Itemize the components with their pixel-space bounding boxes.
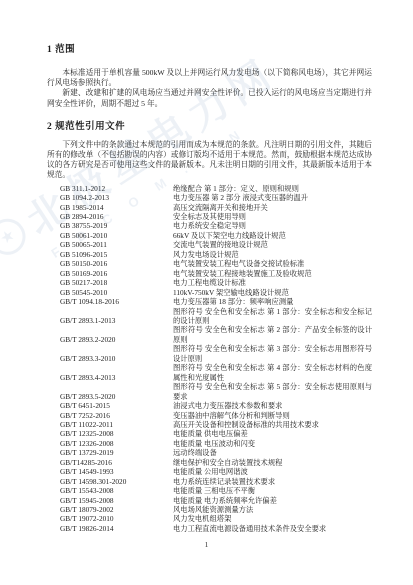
reference-code: GB/T 2893.4-2013 [60,373,173,382]
reference-row: GB 1094.2-2013 电力变压器 第 2 部分 液浸式变压器的温升 [47,193,372,202]
reference-title: 图形符号 安全色和安全标志 第 2 部分：产品安全标签的设计原则 [173,325,372,344]
reference-row: GB 50545-2010 110kV-750kV 架空输电线路设计规范 [47,288,372,297]
reference-code: GB/T 15543-2008 [60,486,173,495]
reference-row: GB/T 19072-2010 风力发电机组塔架 [47,514,372,523]
reference-title: 交流电气装置的接地设计规范 [173,240,372,249]
reference-row: GB/T 11022-2011 高压开关设备和控制设备标准的共用技术要求 [47,420,372,429]
reference-title: 风力发电机组塔架 [173,514,372,523]
reference-code: GB/T 12326-2008 [60,439,173,448]
reference-title: 图形符号 安全色和安全标志 第 5 部分：安全标志使用原则与要求 [173,382,372,401]
reference-title: 电能质量 供电电压偏差 [173,429,372,438]
reference-title: 高压交流隔离开关和接地开关 [173,203,372,212]
reference-row: GB 1985-2014 高压交流隔离开关和接地开关 [47,203,372,212]
reference-title: 电力变压器第 18 部分：频率响应测量 [173,297,372,306]
reference-title: 高压开关设备和控制设备标准的共用技术要求 [173,420,372,429]
reference-title: 绝缘配合 第 1 部分：定义、原则和规则 [173,184,372,193]
reference-row: GB/T14285-2016 继电保护和安全自动装置技术规程 [47,458,372,467]
reference-code: GB/T 2893.5-2020 [60,392,173,401]
reference-title: 远动终端设备 [173,448,372,457]
reference-row: GB 38755-2019 电力系统安全稳定导则 [47,221,372,230]
scope-paragraph-1: 本标准适用于单机容量 500kW 及以上并网运行风力发电场（以下简称风电场），其… [47,68,372,88]
reference-code: GB/T 14549-1993 [60,467,173,476]
reference-row: GB/T 19826-2014 电力工程直流电源设备通用技术条件及安全要求 [47,524,372,533]
reference-code: GB/T 2893.2-2020 [60,335,173,344]
reference-code: GB 50061-2010 [60,231,173,240]
reference-code: GB/T 12325-2008 [60,429,173,438]
reference-code: GB 1094.2-2013 [60,193,173,202]
reference-title: 继电保护和安全自动装置技术规程 [173,458,372,467]
reference-code: GB/T 6451-2015 [60,401,173,410]
reference-title: 电力系统安全稳定导则 [173,221,372,230]
reference-title: 风电场风能资源测量方法 [173,505,372,514]
reference-row: GB/T 12326-2008 电能质量 电压波动和闪变 [47,439,372,448]
reference-code: GB/T 14598.301-2020 [60,477,173,486]
reference-code: GB/T 18079-2002 [60,505,173,514]
reference-title: 电能质量 电力系统频率允许偏差 [173,496,372,505]
reference-code: GB/T 2893.3-2010 [60,354,173,363]
reference-title: 油浸式电力变压器技术参数和要求 [173,401,372,410]
references-list: GB 311.1-2012 绝缘配合 第 1 部分：定义、原则和规则 GB 10… [47,184,372,534]
document-page: ★ 北极星电力网 F D C O M . C N 1 范围 本标准适用于单机容量… [0,0,413,585]
reference-row: GB 50150-2016 电气装置安装工程电气设备交接试验标准 [47,259,372,268]
reference-row: GB/T 2893.5-2020 图形符号 安全色和安全标志 第 5 部分：安全… [47,382,372,401]
reference-row: GB 51096-2015 风力发电场设计规范 [47,250,372,259]
section-2-heading: 2 规范性引用文件 [47,121,372,133]
section-1-heading: 1 范围 [47,44,372,56]
reference-code: GB 1985-2014 [60,203,173,212]
reference-title: 变压器油中溶解气体分析和判断导则 [173,411,372,420]
reference-row: GB 50065-2011 交流电气装置的接地设计规范 [47,240,372,249]
reference-row: GB/T 1094.18-2016 电力变压器第 18 部分：频率响应测量 [47,297,372,306]
reference-row: GB/T 15945-2008 电能质量 电力系统频率允许偏差 [47,496,372,505]
reference-title: 电气装置安装工程接地装置施工及验收规范 [173,269,372,278]
reference-code: GB 2894-2016 [60,212,173,221]
reference-code: GB/T14285-2016 [60,458,173,467]
reference-title: 电力变压器 第 2 部分 液浸式变压器的温升 [173,193,372,202]
reference-row: GB 50061-2010 66kV 及以下架空电力线路设计规范 [47,231,372,240]
reference-code: GB/T 19826-2014 [60,524,173,533]
reference-title: 电气装置安装工程电气设备交接试验标准 [173,259,372,268]
reference-code: GB 50150-2016 [60,259,173,268]
reference-row: GB/T 18079-2002 风电场风能资源测量方法 [47,505,372,514]
reference-title: 安全标志及其使用导则 [173,212,372,221]
reference-row: GB/T 12325-2008 电能质量 供电电压偏差 [47,429,372,438]
reference-title: 电力工程直流电源设备通用技术条件及安全要求 [173,524,372,533]
reference-title: 电能质量 三相电压不平衡 [173,486,372,495]
reference-code: GB/T 13729-2019 [60,448,173,457]
reference-title: 图形符号 安全色和安全标志 第 1 部分：安全标志和安全标记的设计原则 [173,307,372,326]
reference-row: GB/T 2893.2-2020 图形符号 安全色和安全标志 第 2 部分：产品… [47,325,372,344]
reference-row: GB/T 14598.301-2020 电力系统连续记录装置技术要求 [47,477,372,486]
star-logo-icon: ★ [0,211,32,261]
reference-code: GB/T 11022-2011 [60,420,173,429]
reference-row: GB/T 2893.3-2010 图形符号 安全色和安全标志 第 3 部分：安全… [47,344,372,363]
scope-paragraph-2: 新建、改建和扩建的风电场应当通过并网安全性评价。已投入运行的风电场应当定期进行并… [47,88,372,108]
reference-title: 电能质量 电压波动和闪变 [173,439,372,448]
reference-row: GB/T 13729-2019 远动终端设备 [47,448,372,457]
page-number: 1 [0,540,413,549]
reference-code: GB 50065-2011 [60,240,173,249]
reference-code: GB 50217-2018 [60,278,173,287]
reference-title: 66kV 及以下架空电力线路设计规范 [173,231,372,240]
reference-title: 电力系统连续记录装置技术要求 [173,477,372,486]
reference-code: GB 50169-2016 [60,269,173,278]
reference-row: GB 311.1-2012 绝缘配合 第 1 部分：定义、原则和规则 [47,184,372,193]
reference-row: GB/T 15543-2008 电能质量 三相电压不平衡 [47,486,372,495]
reference-row: GB/T 2893.1-2013 图形符号 安全色和安全标志 第 1 部分：安全… [47,307,372,326]
reference-row: GB/T 14549-1993 电能质量 公用电网谐波 [47,467,372,476]
reference-title: 图形符号 安全色和安全标志 第 4 部分：安全标志材料的色度属性和光度属性 [173,363,372,382]
reference-code: GB/T 19072-2010 [60,514,173,523]
reference-code: GB/T 1094.18-2016 [60,297,173,306]
reference-code: GB 311.1-2012 [60,184,173,193]
reference-code: GB 51096-2015 [60,250,173,259]
reference-code: GB 38755-2019 [60,221,173,230]
reference-row: GB 50217-2018 电力工程电缆设计标准 [47,278,372,287]
references-intro-paragraph: 下列文件中的条款通过本规范的引用而成为本规范的条款。凡注明日期的引用文件，其随后… [47,140,372,181]
reference-title: 图形符号 安全色和安全标志 第 3 部分：安全标志用图形符号设计原则 [173,344,372,363]
reference-title: 风力发电场设计规范 [173,250,372,259]
reference-code: GB/T 15945-2008 [60,496,173,505]
reference-code: GB 50545-2010 [60,288,173,297]
reference-title: 110kV-750kV 架空输电线路设计规范 [173,288,372,297]
reference-code: GB/T 7252-2016 [60,411,173,420]
reference-row: GB 50169-2016 电气装置安装工程接地装置施工及验收规范 [47,269,372,278]
reference-row: GB 2894-2016 安全标志及其使用导则 [47,212,372,221]
reference-row: GB/T 2893.4-2013 图形符号 安全色和安全标志 第 4 部分：安全… [47,363,372,382]
reference-row: GB/T 6451-2015 油浸式电力变压器技术参数和要求 [47,401,372,410]
reference-code: GB/T 2893.1-2013 [60,316,173,325]
reference-title: 电力工程电缆设计标准 [173,278,372,287]
reference-row: GB/T 7252-2016 变压器油中溶解气体分析和判断导则 [47,411,372,420]
reference-title: 电能质量 公用电网谐波 [173,467,372,476]
